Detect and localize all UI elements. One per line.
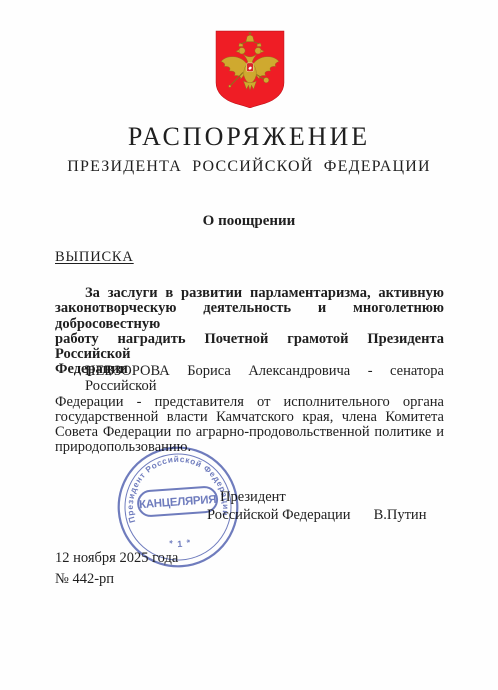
- recipient-paragraph: НЕВЗОРОВА Бориса Александровича - сенато…: [55, 364, 444, 456]
- paragraph-line: НЕВЗОРОВА Бориса Александровича - сенато…: [55, 364, 444, 395]
- stamp-center-text: КАНЦЕЛЯРИЯ: [139, 494, 217, 511]
- paragraph-line: Совета Федерации по аграрно-продовольств…: [55, 425, 444, 440]
- paragraph-line: работу наградить Почетной грамотой Прези…: [55, 332, 444, 363]
- decree-number: № 442-рп: [55, 569, 178, 590]
- paragraph-line: государственной власти Камчатского края,…: [55, 410, 444, 425]
- decree-date: 12 ноября 2025 года: [55, 548, 178, 569]
- document-subtitle: ПРЕЗИДЕНТА РОССИЙСКОЙ ФЕДЕРАЦИИ: [0, 157, 498, 177]
- paragraph-line: Федерации - представителя от исполнитель…: [55, 395, 444, 410]
- date-number-block: 12 ноября 2025 года № 442-рп: [55, 548, 178, 590]
- decree-document: РАСПОРЯЖЕНИЕ ПРЕЗИДЕНТА РОССИЙСКОЙ ФЕДЕР…: [0, 0, 498, 690]
- extract-label: ВЫПИСКА: [55, 249, 134, 266]
- paragraph-line: законотворческую деятельность и многолет…: [55, 301, 444, 332]
- paragraph-line: За заслуги в развитии парламентаризма, а…: [55, 286, 444, 301]
- document-title: РАСПОРЯЖЕНИЕ: [0, 122, 498, 152]
- russian-coat-of-arms-icon: [214, 30, 286, 108]
- document-subject: О поощрении: [0, 212, 498, 230]
- signer-name: В.Путин: [374, 507, 427, 523]
